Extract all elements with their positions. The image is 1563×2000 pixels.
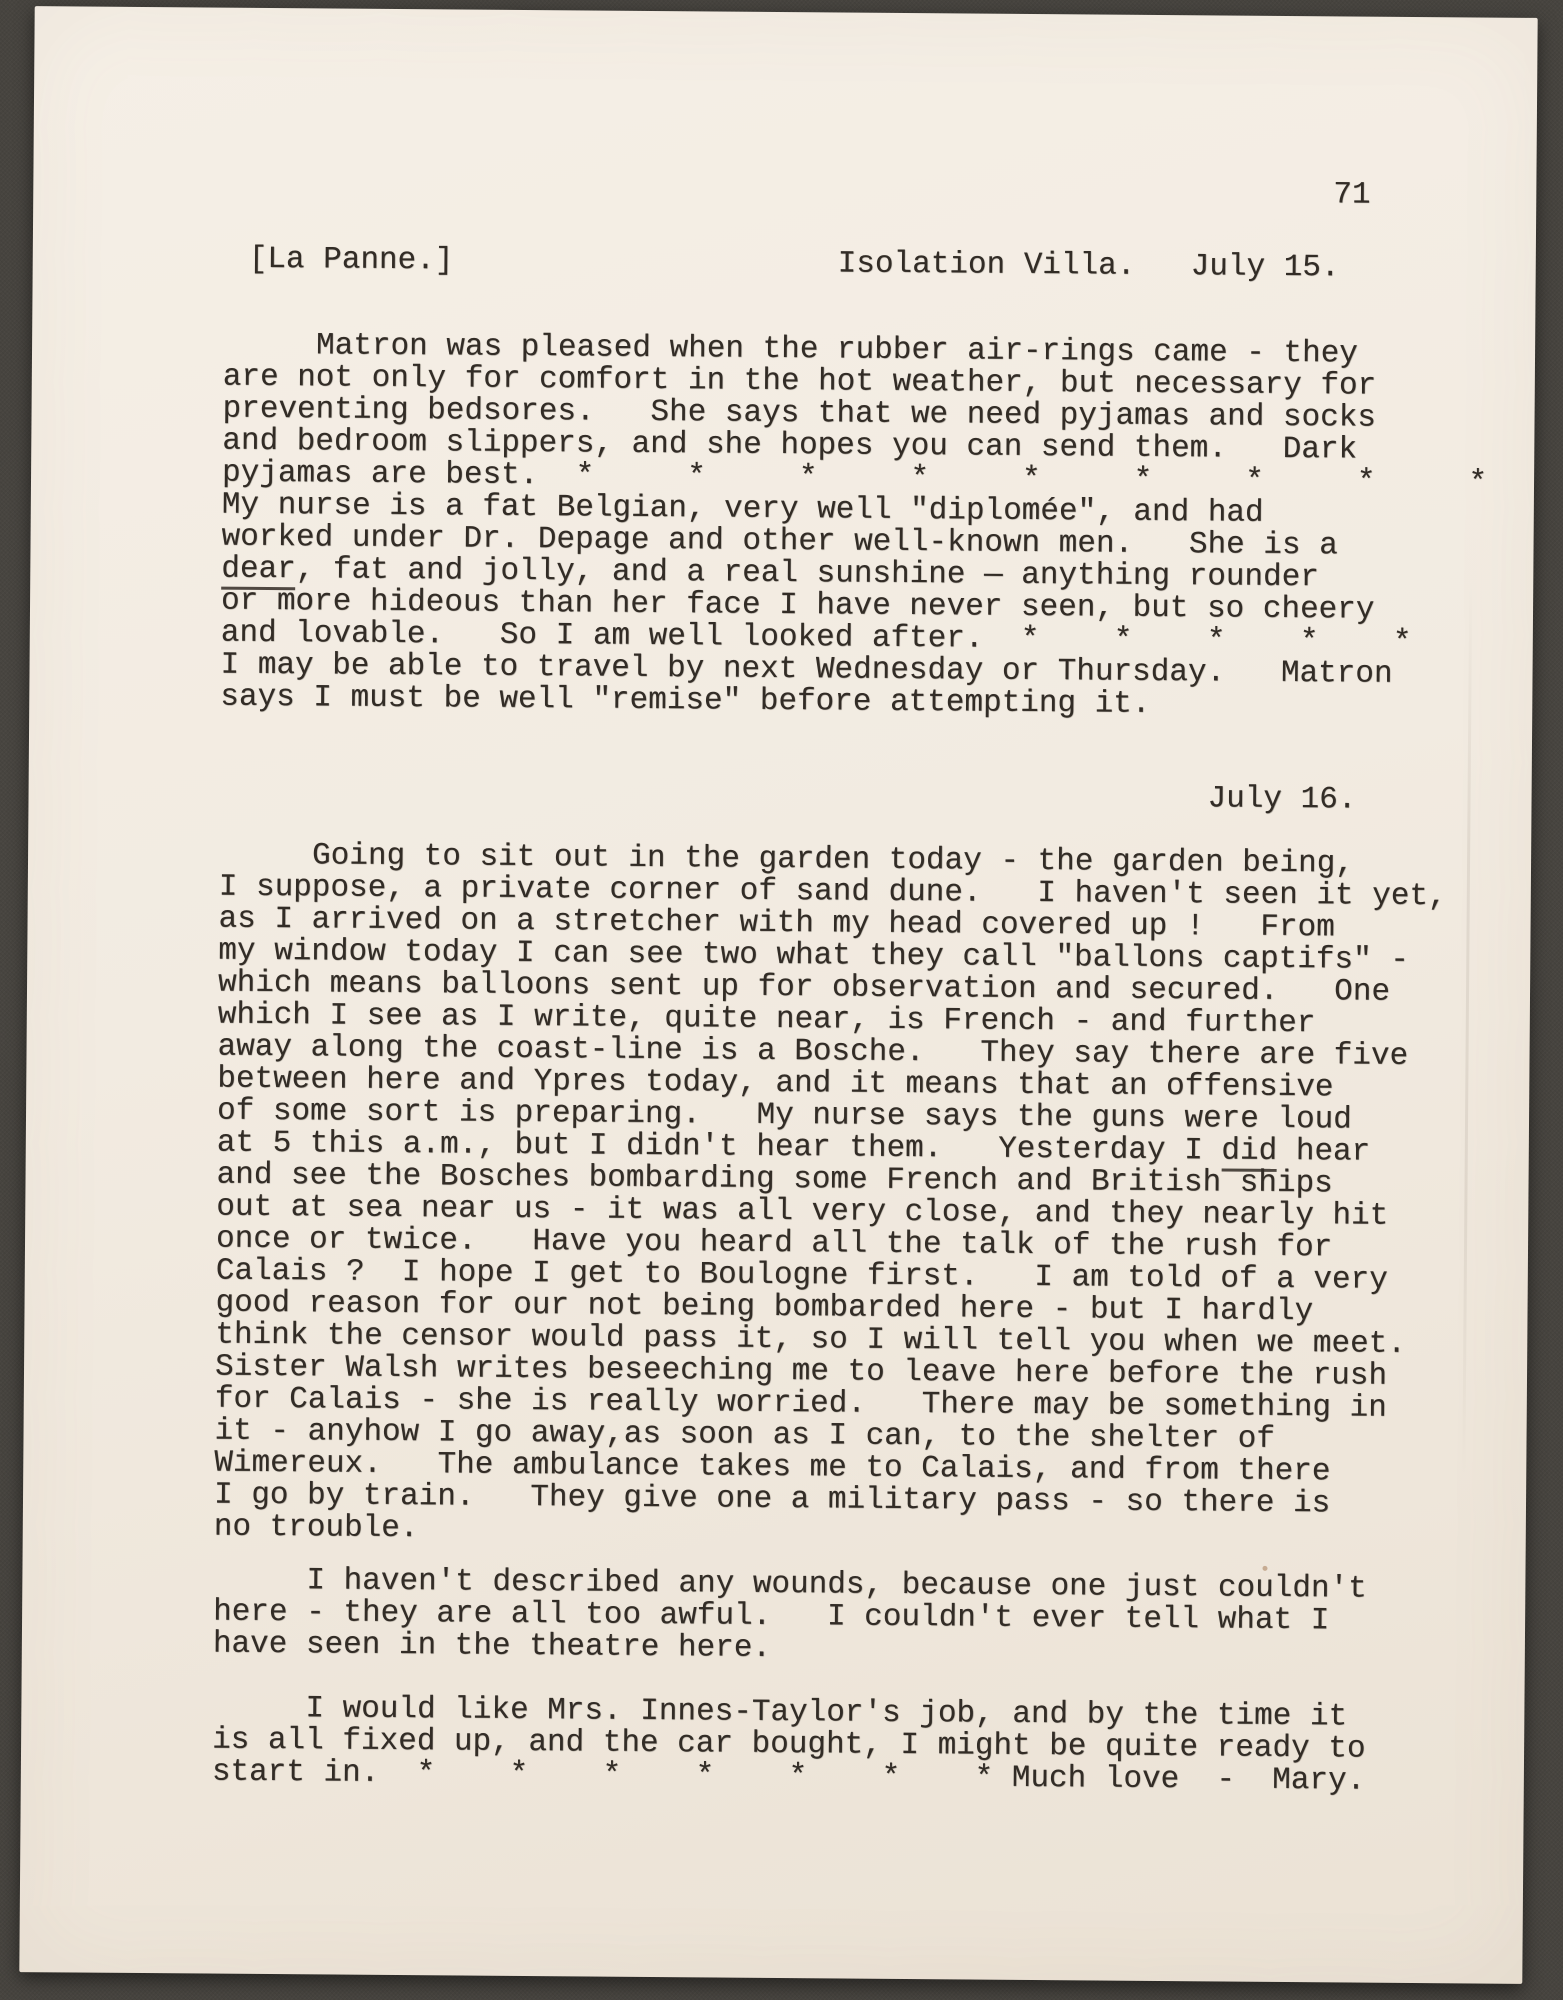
letter-header: [La Panne.] Isolation Villa. July 15. — [33, 242, 1536, 294]
text-line: start in. * * * * * * * Much love - Mary… — [212, 1757, 1366, 1798]
letter-page: 71 [La Panne.] Isolation Villa. July 15.… — [19, 6, 1537, 1984]
paragraph-july-15: Matron was pleased when the rubber air-r… — [220, 330, 1488, 724]
paper-speck — [1262, 1566, 1267, 1571]
paragraph-july-16: Going to sit out in the garden today - t… — [214, 840, 1447, 1554]
photo-background: 71 [La Panne.] Isolation Villa. July 15.… — [0, 0, 1563, 2000]
line-fragment: hear — [1277, 1134, 1370, 1170]
page-number: 71 — [1333, 179, 1370, 211]
location-title: Isolation Villa. — [838, 248, 1136, 282]
paragraph-closing-signature: I would like Mrs. Innes-Taylor's job, an… — [212, 1693, 1366, 1798]
date-july-15: July 15. — [1191, 251, 1340, 284]
place-annotation: [La Panne.] — [249, 244, 454, 278]
date-july-16: July 16. — [1207, 783, 1356, 816]
paragraph-wounds: I haven't described any wounds, because … — [213, 1565, 1367, 1670]
